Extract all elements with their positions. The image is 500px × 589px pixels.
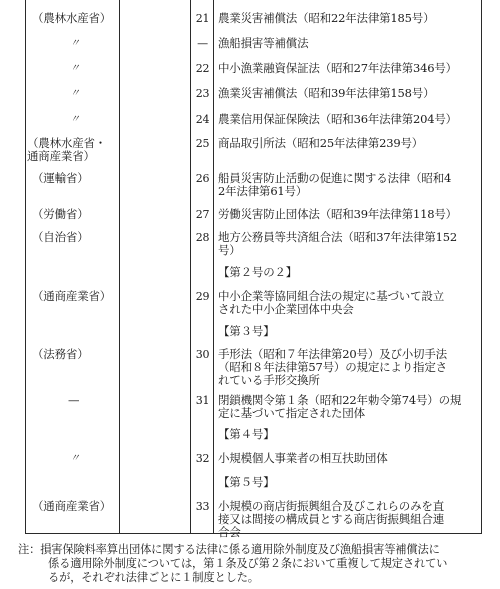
ministry-cell: — (68, 394, 79, 407)
section-heading: 【第２号の２】 (218, 266, 297, 279)
row-number: 28 (193, 231, 212, 244)
row-number: 23 (193, 87, 212, 100)
section-heading: 【第３号】 (218, 325, 275, 338)
law-name-cell: 漁業災害補償法（昭和39年法律第158号） (218, 87, 480, 100)
law-name-cell: 労働災害防止団体法（昭和39年法律第118号） (218, 208, 480, 221)
row-number: 22 (193, 62, 212, 75)
ministry-cell: （農林水産省） (32, 12, 111, 25)
row-number: 33 (193, 500, 212, 513)
section-heading: 【第５号】 (218, 476, 275, 489)
row-number: 30 (193, 348, 212, 361)
table-border-right (481, 0, 482, 534)
law-name-cell: 小規模の商店街振興組合及びこれらのみを直 接又は間接の構成員とする商店街振興組合… (218, 500, 480, 539)
row-number: 31 (193, 394, 212, 407)
ditto-mark: 〃 (70, 62, 80, 75)
ministry-cell: （通商産業省） (32, 290, 111, 303)
footnote-line-2: 係る適用除外制度については，第１条及び第２条において重複して規定されてい (18, 557, 498, 571)
row-number: 24 (193, 113, 212, 126)
section-heading: 【第４号】 (218, 428, 275, 441)
ditto-mark: 〃 (70, 452, 80, 465)
law-name-cell: 農業信用保証保険法（昭和36年法律第204号） (218, 113, 480, 126)
law-name-cell: 船員災害防止活動の促進に関する法律（昭和4 2年法律第61号） (218, 172, 480, 198)
ministry-cell: （自治省） (32, 231, 89, 244)
column-divider-number-left (190, 0, 191, 534)
law-name-cell: 中小企業等協同組合法の規定に基づいて設立 された中小企業団体中央会 (218, 290, 480, 316)
row-number: 25 (193, 137, 212, 150)
ditto-mark: 〃 (70, 113, 80, 126)
column-divider-ministry (119, 0, 120, 534)
footnote-line-1: 注：損害保険料率算出団体に関する法律に係る適用除外制度及び漁船損害等補償法に (18, 543, 498, 557)
law-name-cell: 小規模個人事業者の相互扶助団体 (218, 452, 480, 465)
row-number: 26 (193, 172, 212, 185)
law-name-cell: 地方公務員等共済組合法（昭和37年法律第152 号） (218, 231, 480, 257)
column-divider-number-right (213, 0, 214, 534)
ministry-cell: （法務省） (32, 348, 89, 361)
row-number: 29 (193, 290, 212, 303)
ministry-cell: （農林水産省・ 通商産業省） (27, 137, 106, 163)
ditto-mark: 〃 (70, 87, 80, 100)
row-number: — (193, 37, 212, 50)
law-name-cell: 閉鎖機関令第１条（昭和22年勅令第74号）の規 定に基づいて指定された団体 (218, 394, 480, 420)
row-number: 27 (193, 208, 212, 221)
row-number: 21 (193, 12, 212, 25)
footnote-line-3: るが，それぞれ法律ごとに１制度とした。 (18, 571, 498, 585)
law-name-cell: 中小漁業融資保証法（昭和27年法律第346号） (218, 62, 480, 75)
table-border-left (25, 0, 26, 534)
row-number: 32 (193, 452, 212, 465)
ministry-cell: （通商産業省） (32, 500, 111, 513)
law-name-cell: 漁船損害等補償法 (218, 37, 480, 50)
law-name-cell: 農業災害補償法（昭和22年法律第185号） (218, 12, 480, 25)
law-name-cell: 手形法（昭和７年法律第20号）及び小切手法 （昭和８年法律第57号）の規定により… (218, 348, 480, 387)
ditto-mark: 〃 (70, 37, 80, 50)
footnote: 注：損害保険料率算出団体に関する法律に係る適用除外制度及び漁船損害等補償法に 係… (18, 543, 498, 585)
ministry-cell: （運輸省） (32, 172, 89, 185)
ministry-cell: （労働省） (32, 208, 89, 221)
law-name-cell: 商品取引所法（昭和25年法律第239号） (218, 137, 480, 150)
